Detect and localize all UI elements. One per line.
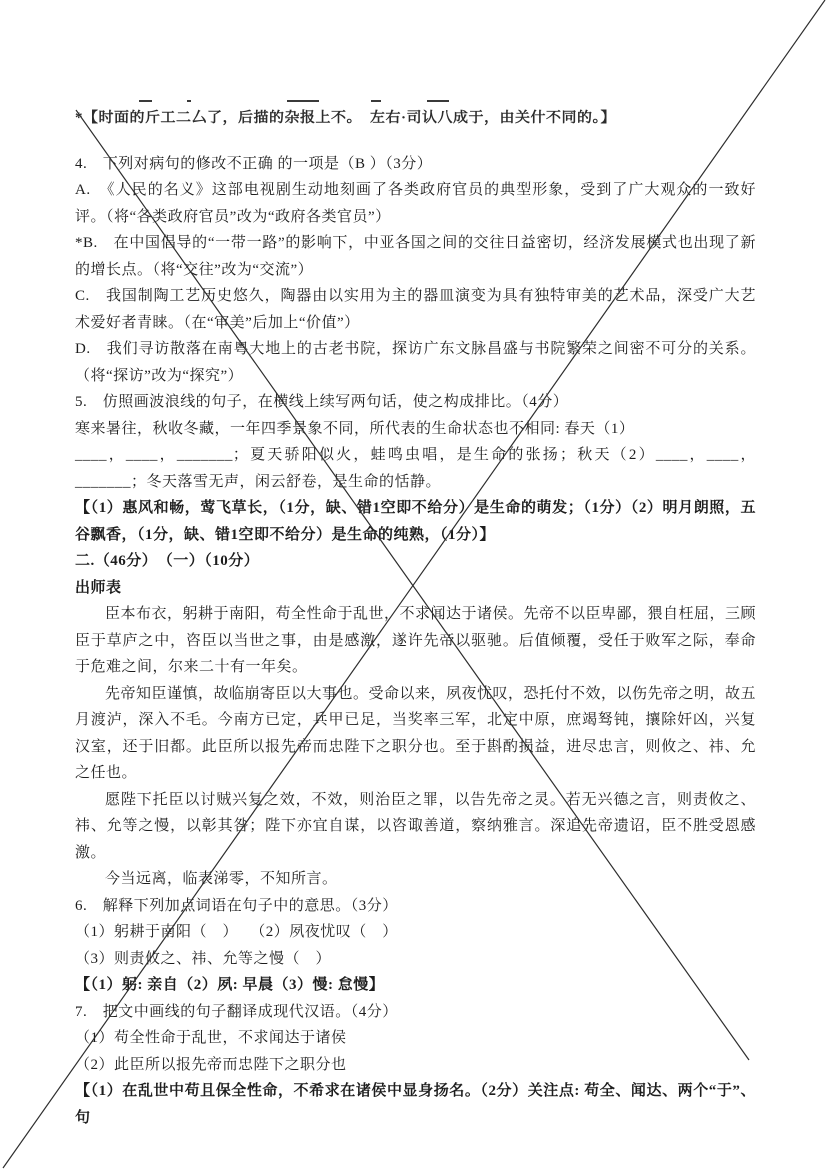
question-5-answer: 【（1）惠风和畅，莺飞草长，（1分，缺、错1空即不给分）是生命的萌发；（1分）（… bbox=[75, 495, 756, 548]
question-7-item-2: （2）此臣所以报先帝而忠陛下之职分也 bbox=[75, 1052, 756, 1079]
question-4-option-b: *B. 在中国倡导的“一带一路”的影响下，中亚各国之间的交往日益密切，经济发展模… bbox=[75, 230, 756, 283]
passage-paragraph-4: 今当远离，临表涕零，不知所言。 bbox=[75, 866, 756, 893]
question-5-body: ____，____，_______；夏天骄阳似火，蛙鸣虫唱，是生命的张扬；秋天（… bbox=[75, 442, 756, 495]
question-6-items-line-1: （1）躬耕于南阳（ ） （2）夙夜忧叹（ ） bbox=[75, 919, 756, 946]
artifact-dash bbox=[287, 100, 319, 102]
passage-paragraph-2: 先帝知臣谨慎，故临崩寄臣以大事也。受命以来，夙夜忧叹，恐托付不效，以伤先帝之明，… bbox=[75, 681, 756, 787]
question-5-stem: 5. 仿照画波浪线的句子，在横线上续写两句话，使之构成排比。（4分） bbox=[75, 389, 756, 416]
question-5-intro-line: 寒来暑往，秋收冬藏，一年四季景象不同，所代表的生命状态也不相同: 春天（1） bbox=[75, 416, 756, 443]
artifact-dash bbox=[427, 100, 449, 102]
passage-title: 出师表 bbox=[75, 575, 756, 602]
passage-paragraph-1: 臣本布衣，躬耕于南阳，苟全性命于乱世，不求闻达于诸侯。先帝不以臣卑鄙，猥自枉屈，… bbox=[75, 601, 756, 681]
question-4-stem: 4. 下列对病句的修改不正确 的一项是（B ）（3分） bbox=[75, 151, 756, 178]
question-4-option-c: C. 我国制陶工艺历史悠久，陶器由以实用为主的器皿演变为具有独特审美的艺术品，深… bbox=[75, 283, 756, 336]
artifact-dash bbox=[187, 100, 191, 102]
question-7-item-1: （1）苟全性命于乱世，不求闻达于诸侯 bbox=[75, 1025, 756, 1052]
question-4-option-d: D. 我们寻访散落在南粤大地上的古老书院，探访广东文脉昌盛与书院繁荣之间密不可分… bbox=[75, 336, 756, 389]
artifact-dash bbox=[139, 100, 152, 102]
exam-page: *【时面的斤工二厶了，后描的杂报上不。 左右·司认八成于，由关什不同的。】 4.… bbox=[0, 0, 827, 1169]
exam-content: *【时面的斤工二厶了，后描的杂报上不。 左右·司认八成于，由关什不同的。】 4.… bbox=[75, 0, 756, 1131]
passage-paragraph-3: 愿陛下托臣以讨贼兴复之效，不效，则治臣之罪，以告先帝之灵。若无兴德之言，则责攸之… bbox=[75, 787, 756, 867]
print-artifact-dashes bbox=[75, 96, 756, 106]
question-6-answer: 【（1）躬: 亲自（2）夙: 早晨（3）慢: 怠慢】 bbox=[75, 972, 756, 999]
section-two-header: 二.（46分） （一）（10分） bbox=[75, 548, 756, 575]
question-7-stem: 7. 把文中画线的句子翻译成现代汉语。（4分） bbox=[75, 999, 756, 1026]
question-7-answer: 【（1）在乱世中苟且保全性命，不希求在诸侯中显身扬名。（2分）关注点: 苟全、闻… bbox=[75, 1078, 756, 1131]
question-6-items-line-2: （3）则责攸之、祎、允等之慢（ ） bbox=[75, 946, 756, 973]
garbled-answer-key-line: *【时面的斤工二厶了，后描的杂报上不。 左右·司认八成于，由关什不同的。】 bbox=[75, 106, 756, 131]
artifact-dash bbox=[371, 100, 381, 102]
question-6-stem: 6. 解释下列加点词语在句子中的意思。（3分） bbox=[75, 893, 756, 920]
question-4-option-a: A. 《人民的名义》这部电视剧生动地刻画了各类政府官员的典型形象，受到了广大观众… bbox=[75, 177, 756, 230]
